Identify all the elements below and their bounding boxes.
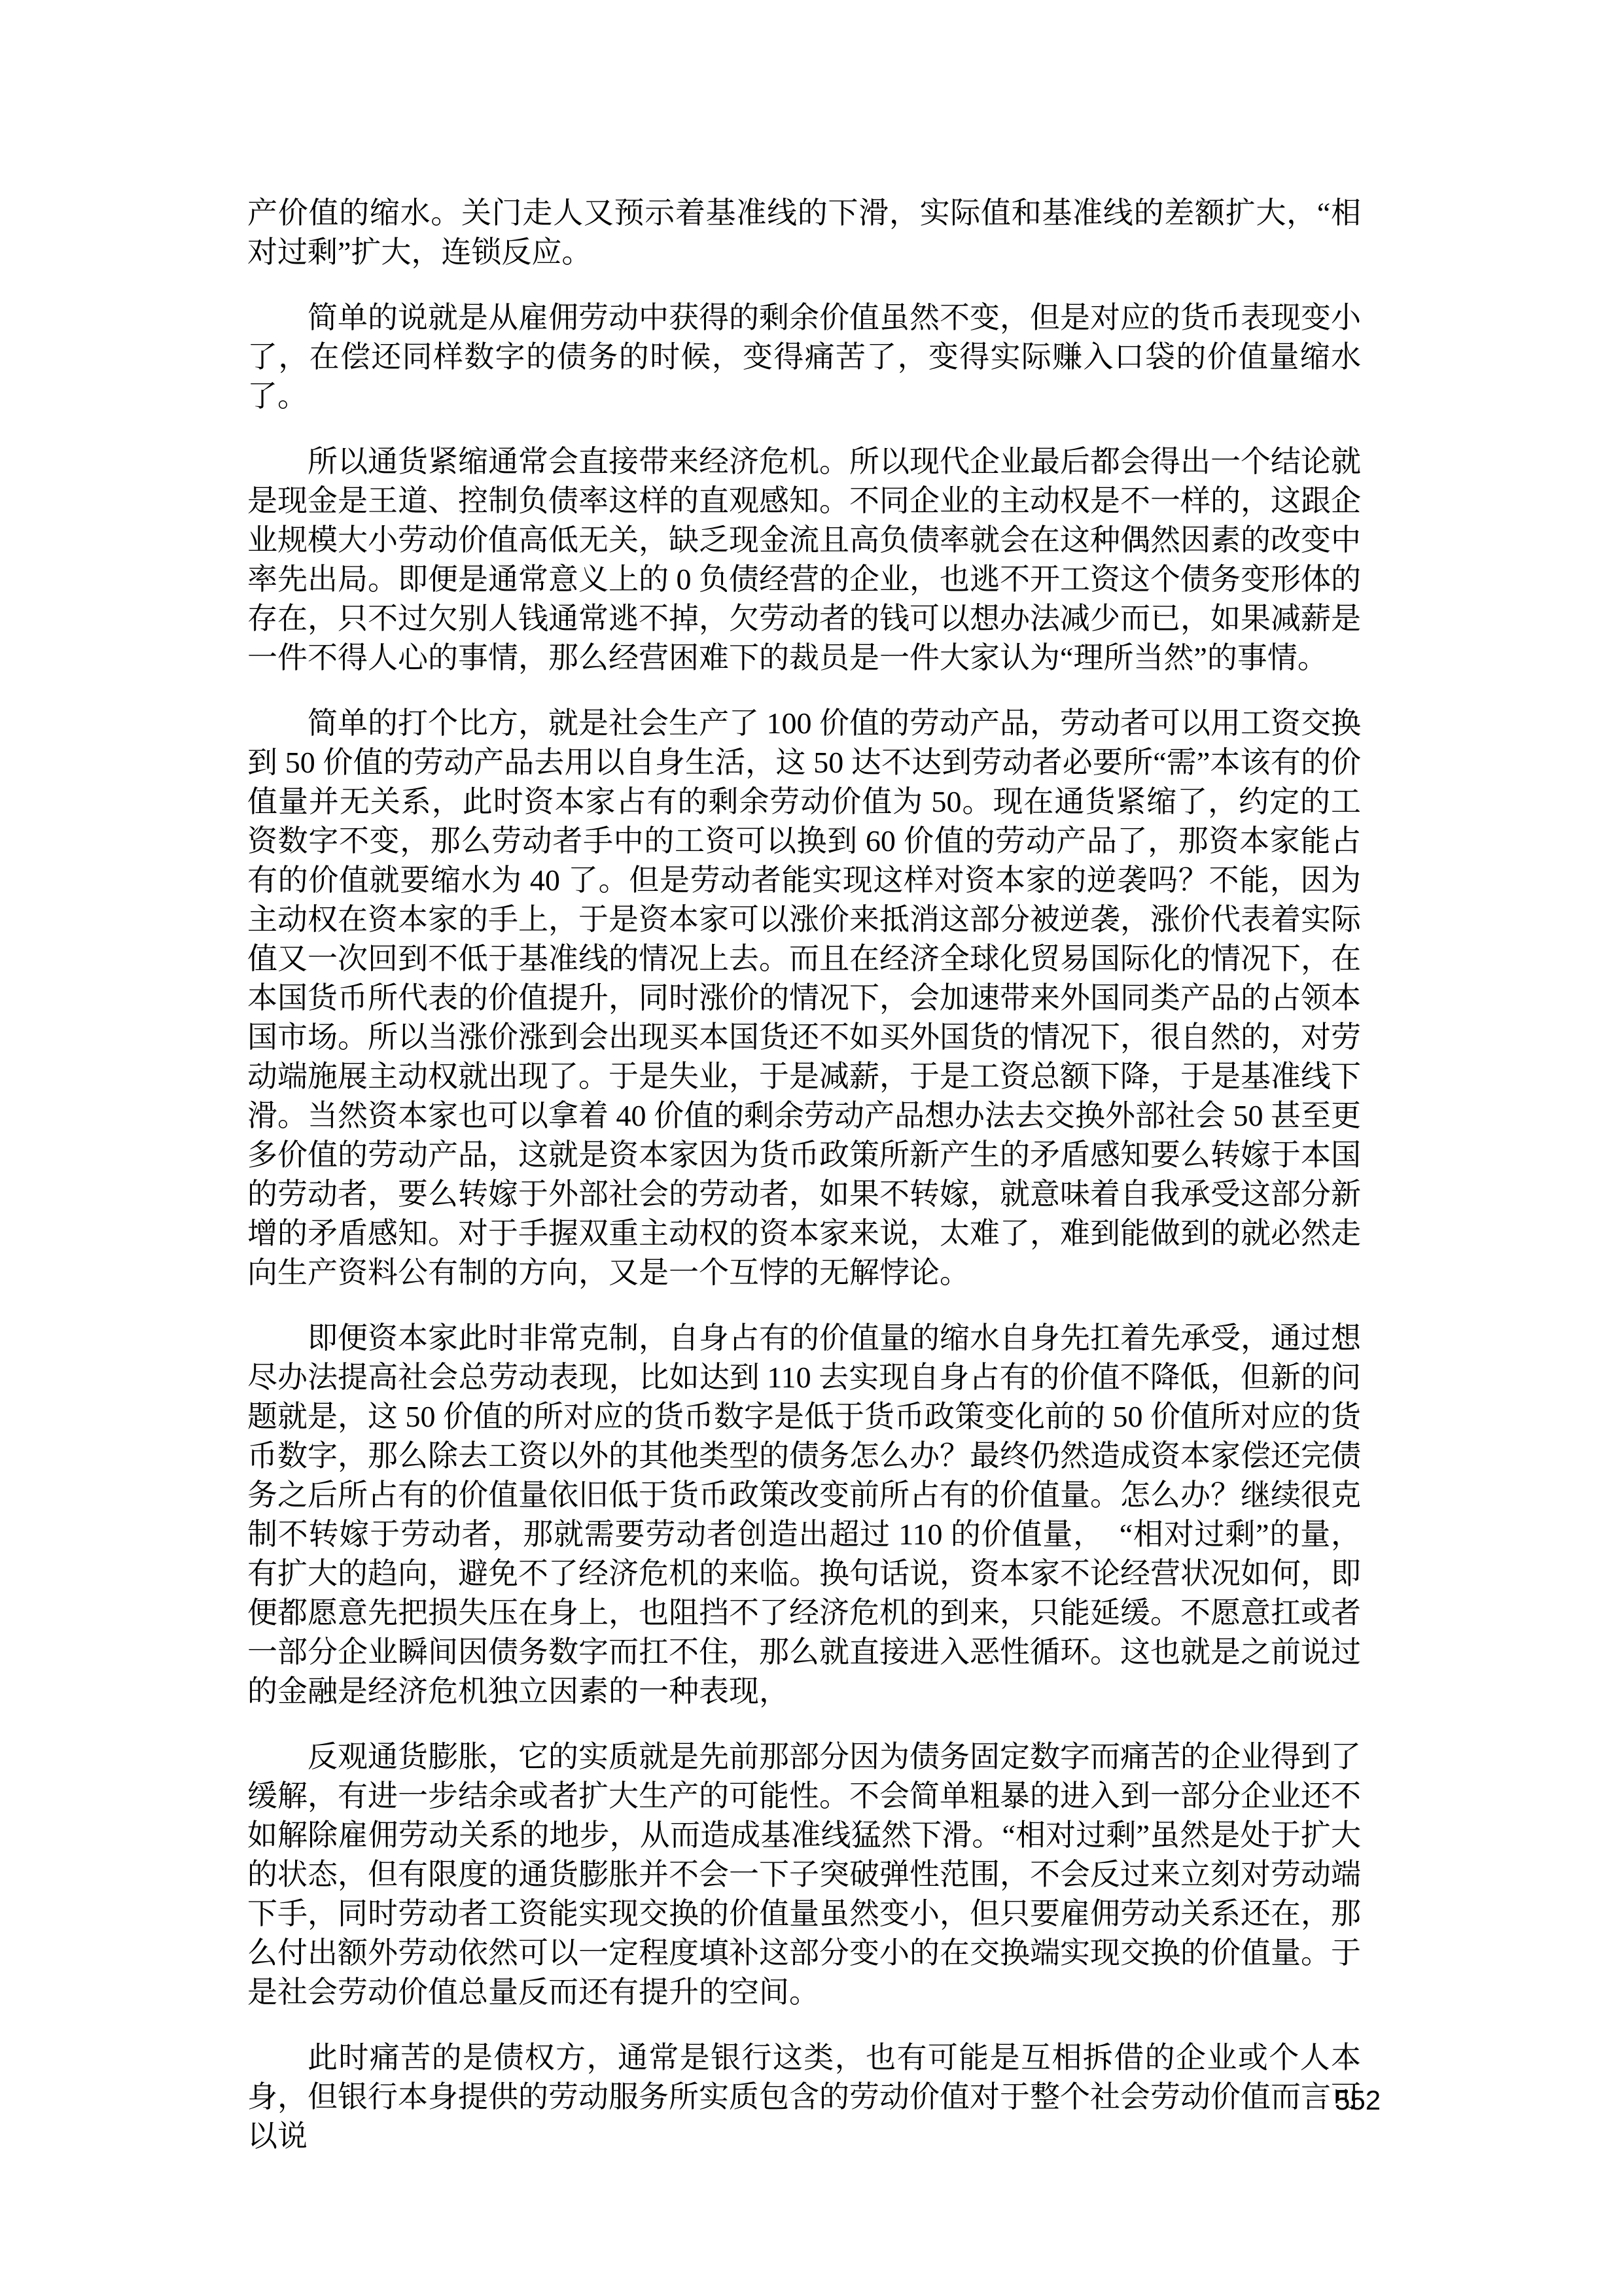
body-text: 产价值的缩水。关门走人又预示着基准线的下滑，实际值和基准线的差额扩大，“相对过剩…: [247, 194, 1361, 2156]
paragraph: 简单的打个比方，就是社会生产了 100 价值的劳动产品，劳动者可以用工资交换到 …: [247, 704, 1361, 1293]
document-page: 产价值的缩水。关门走人又预示着基准线的下滑，实际值和基准线的差额扩大，“相对过剩…: [0, 0, 1624, 2296]
paragraph: 此时痛苦的是债权方，通常是银行这类，也有可能是互相拆借的企业或个人本身，但银行本…: [247, 2038, 1361, 2156]
paragraph: 简单的说就是从雇佣劳动中获得的剩余价值虽然不变，但是对应的货币表现变小了，在偿还…: [247, 298, 1361, 416]
page-number: 552: [1335, 2087, 1381, 2114]
paragraph: 反观通货膨胀，它的实质就是先前那部分因为债务固定数字而痛苦的企业得到了缓解，有进…: [247, 1737, 1361, 2012]
paragraph-continuation: 产价值的缩水。关门走人又预示着基准线的下滑，实际值和基准线的差额扩大，“相对过剩…: [247, 194, 1361, 272]
paragraph: 即便资本家此时非常克制，自身占有的价值量的缩水自身先扛着先承受，通过想尽办法提高…: [247, 1319, 1361, 1711]
paragraph: 所以通货紧缩通常会直接带来经济危机。所以现代企业最后都会得出一个结论就是现金是王…: [247, 442, 1361, 678]
